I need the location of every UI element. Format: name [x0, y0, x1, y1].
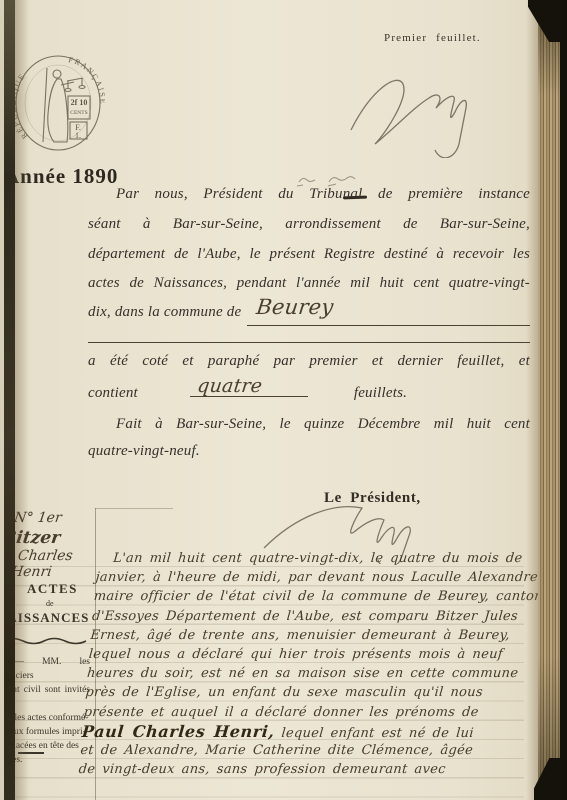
commune-handwritten-value: Beurey — [255, 295, 335, 319]
preamble-line-5: dix, dans la commune de Beurey — [88, 304, 530, 326]
folio-label: Premier feuillet. — [384, 32, 481, 44]
commune-blank-line: Beurey — [247, 304, 530, 326]
right-dark-edge — [560, 0, 567, 800]
act-line: heures du soir, est né en sa maison sise… — [86, 664, 509, 683]
book-page-edges-tint — [538, 0, 560, 800]
act-line: de vingt-deux ans, sans profession demeu… — [78, 760, 501, 779]
act-line-10-rest: lequel enfant est né de lui — [281, 726, 475, 741]
preamble-line-1: Par nous, Président du Tribunal de premi… — [88, 186, 530, 208]
commune-line-prefix: dix, dans la commune de — [88, 304, 241, 326]
binding-soft-shadow — [15, 0, 29, 800]
preamble-line-4: actes de Naissances, pendant l'année mil… — [88, 275, 530, 297]
stamp-denomination: 2f 10 — [71, 98, 88, 107]
empty-blank-line — [88, 342, 530, 343]
act-line: janvier, à l'heure de midi, par devant n… — [95, 568, 518, 587]
act-line: maire officier de l'état civil de la com… — [93, 587, 516, 606]
act-line: lequel nous a déclaré qui hier trois pré… — [88, 645, 511, 664]
act-line: L'an mil huit cent quatre-vingt-dix, le … — [96, 549, 519, 568]
margin-section-actes: ACTES — [27, 581, 78, 597]
margin-top-rule — [95, 508, 173, 509]
certification-line-1: a été coté et paraphé par premier et der… — [88, 353, 530, 375]
act-line: présente et auquel il a déclaré donner l… — [83, 703, 506, 722]
page-edge-shadow — [526, 0, 538, 800]
preamble-line-3: département de l'Aube, le présent Regist… — [88, 246, 530, 268]
birth-act-handwritten-text: L'an mil huit cent quatre-vingt-dix, le … — [78, 549, 519, 779]
count-handwritten-value: quatre — [196, 375, 264, 397]
certification-line-4: quatre-vingt-neuf. — [88, 443, 530, 465]
scanned-register-page: Premier feuillet. RÉPUBLIQUE FRANÇ — [0, 0, 567, 800]
child-name-handwritten: Paul Charles Henri, — [81, 722, 275, 741]
act-line-child-name: Paul Charles Henri, lequel enfant est né… — [81, 722, 504, 741]
act-line: près de l'Eglise, un enfant du sexe masc… — [85, 683, 508, 702]
president-signature-top — [345, 68, 480, 158]
stamp-value-bottom: 1. — [75, 131, 81, 140]
certification-line-3: Fait à Bar-sur-Seine, le quinze Décembre… — [88, 416, 530, 438]
binding-shadow-strip — [4, 0, 15, 800]
act-line: d'Essoyes Département de l'Aube, est com… — [91, 607, 514, 626]
certification-line-2: contient quatre feuillets. — [88, 385, 530, 407]
feuillets-label: feuillets. — [354, 385, 407, 401]
act-line: et de Alexandre, Marie Catherine dite Cl… — [80, 741, 503, 760]
count-blank-line: quatre — [190, 396, 308, 397]
margin-section-de: de — [46, 599, 54, 608]
contient-label: contient — [88, 385, 138, 401]
act-line: Ernest, âgé de trente ans, menuisier dem… — [90, 626, 513, 645]
stamp-denomination-unit: CENTS — [70, 110, 87, 116]
preamble-line-2: séant à Bar-sur-Seine, arrondissement de… — [88, 216, 530, 238]
